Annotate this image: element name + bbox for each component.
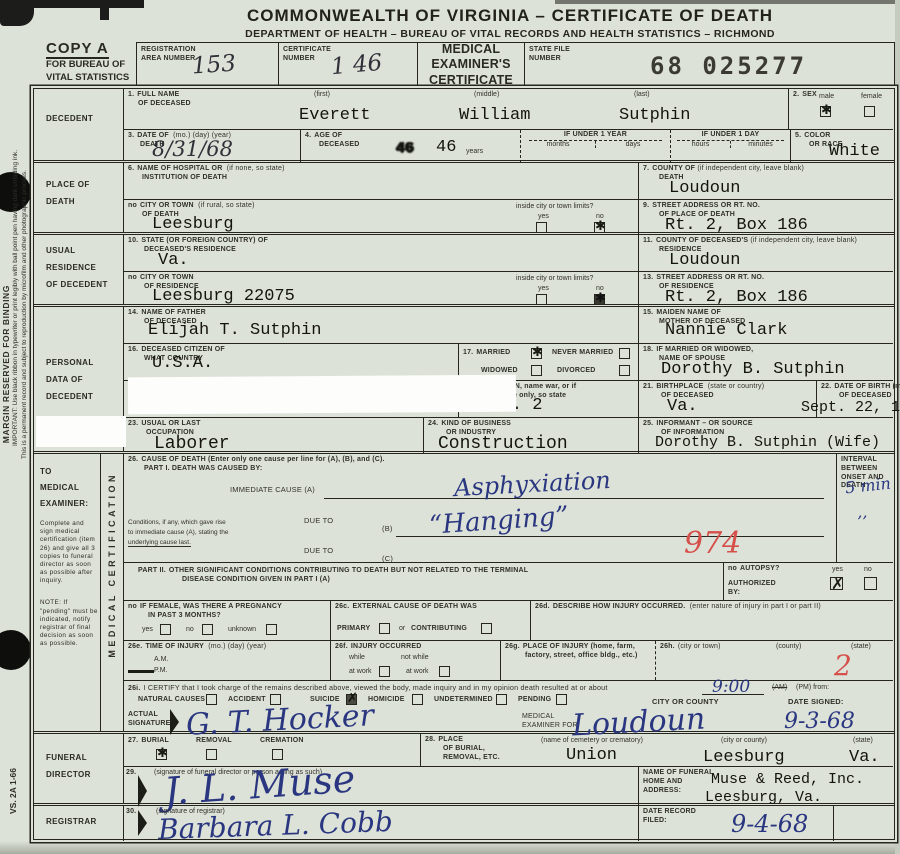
field26-number: 26. (128, 456, 138, 463)
sidebar-medical-certification-strip: MEDICAL CERTIFICATION (100, 454, 123, 731)
field16-label1: DECEASED CITIZEN OF (141, 346, 225, 353)
examiner-for-label: EXAMINER FOR (522, 722, 578, 729)
date-filed-label2: FILED: (643, 817, 667, 824)
sidebar-pers-line2: DATA OF (46, 375, 83, 384)
burial-city-value: Leesburg (703, 748, 785, 767)
divorced-checkbox (619, 365, 630, 376)
field-how-injury-occurred: 26d.DESCRIBE HOW INJURY OCCURRED. (enter… (530, 601, 893, 640)
sidebar-residence: USUAL RESIDENCE OF DECEDENT (34, 235, 124, 304)
field2-label: SEX (802, 91, 817, 98)
natural-causes-label: NATURAL CAUSES (138, 696, 205, 705)
divorced-label: DIVORCED (557, 367, 596, 376)
field23-number: 23. (128, 420, 138, 427)
married-checkbox: ✱ (531, 348, 542, 359)
funeral-home-label3: ADDRESS: (643, 787, 681, 794)
part2-text1: OTHER SIGNIFICANT CONDITIONS CONTRIBUTIN… (169, 567, 528, 574)
field-external-cause: 26c.EXTERNAL CAUSE OF DEATH WAS PRIMARY … (330, 601, 530, 640)
immediate-cause-label: IMMEDIATE CAUSE (A) (230, 485, 315, 494)
place-injury-label2: factory, street, office bldg., etc.) (525, 652, 637, 659)
date-filed-label1: DATE RECORD (643, 808, 696, 815)
by-label: BY: (728, 589, 740, 596)
field26e-number: 26e. (128, 643, 142, 650)
limits8-no-checkbox: ✱ (594, 222, 605, 233)
limits12-yes-checkbox (536, 294, 547, 305)
field21-label1: BIRTHPLACE (656, 383, 703, 390)
field11-number: 11. (643, 237, 653, 244)
injury-state-hint: (state) (851, 643, 871, 650)
last-name-value: Sutphin (619, 106, 690, 125)
limits8-yes-checkbox (536, 222, 547, 233)
scan-smudge (100, 0, 109, 20)
redaction-box (36, 416, 126, 447)
place-burial-label2: OF BURIAL, (443, 745, 485, 752)
signature-label: SIGNATURE (128, 720, 171, 727)
burial-checkbox: ✱ (156, 749, 167, 760)
field-part2: PART II.OTHER SIGNIFICANT CONDITIONS CON… (124, 563, 723, 600)
certificate-title: COMMONWEALTH OF VIRGINIA – CERTIFICATE O… (130, 6, 890, 26)
external-cause-label: EXTERNAL CAUSE OF DEATH WAS (352, 603, 477, 610)
minutes-hint: minutes (731, 141, 790, 148)
field25-number: 25. (643, 420, 653, 427)
how-injury-hint: (enter nature of injury in part I or par… (690, 603, 821, 610)
field-sex: 2.SEX male female ✱ (788, 89, 893, 129)
field14-number: 14. (128, 309, 138, 316)
injury-occurred-label: INJURY OCCURRED (351, 643, 422, 650)
middle-hint: (middle) (474, 91, 499, 98)
interval-label1: INTERVAL BETWEEN (841, 456, 877, 472)
pm-hint: P.M. (154, 667, 168, 674)
due-to-b-label: DUE TO (304, 516, 333, 525)
field-place-of-injury: 26g.PLACE OF INJURY (home, farm,factory,… (500, 641, 655, 680)
tome-line3: EXAMINER: (40, 499, 89, 508)
death-certificate-scan: MARGIN RESERVED FOR BINDING IMPORTANT: U… (0, 0, 900, 854)
registration-label1: REGISTRATION (141, 46, 196, 53)
state-file-number-box: STATE FILENUMBER 68 025277 (524, 43, 894, 87)
field26a-number: no (728, 565, 737, 572)
primary-checkbox (379, 623, 390, 634)
or-label: or (399, 625, 405, 632)
cause-head: CAUSE OF DEATH (Enter only one cause per… (141, 456, 384, 463)
while-hint: while (349, 654, 365, 661)
undetermined-checkbox (496, 694, 507, 705)
sidebar-place-of-death: PLACE OF DEATH (34, 163, 124, 232)
section-residence: USUAL RESIDENCE OF DECEDENT 10.STATE (OR… (34, 235, 894, 307)
city-of-death-value: Leesburg (152, 215, 234, 234)
state-file-number-value: 68 025277 (650, 52, 807, 80)
field4-label1: AGE OF (314, 132, 342, 139)
field6-label2: INSTITUTION OF DEATH (142, 174, 227, 181)
form-number: VS. 2A 1-66 (8, 768, 18, 814)
limits8-hint: inside city or town limits? (516, 203, 593, 210)
field26h-number: 26h. (660, 643, 675, 650)
am-strike-line (128, 670, 154, 673)
field-color-or-race: 5.COLOROR RACE White (790, 130, 893, 163)
field8-number: no (128, 202, 137, 209)
birthplace-value: Va. (667, 397, 698, 416)
due-to-c-label: DUE TO (304, 546, 333, 555)
preg-unknown-checkbox (266, 624, 277, 635)
field-spouse: 18.IF MARRIED OR WIDOWED,NAME OF SPOUSE … (638, 344, 893, 380)
pregnancy-label1: IF FEMALE, WAS THERE A PREGNANCY (140, 603, 282, 610)
am-hint: A.M. (154, 656, 168, 663)
field7-label1: COUNTY OF (652, 165, 695, 172)
age-value: 46 (436, 138, 456, 157)
cremation-label: CREMATION (260, 737, 304, 746)
undetermined-label: UNDETERMINED (434, 696, 493, 705)
cremation-checkbox (272, 749, 283, 760)
field-certification: 26i.I CERTIFY that I took charge of the … (124, 681, 893, 734)
how-injury-label: DESCRIBE HOW INJURY OCCURRED. (553, 603, 686, 610)
field9-label1: STREET ADDRESS OR RT. NO. (652, 202, 760, 209)
header-number-boxes: REGISTRATIONAREA NUMBER 153 CERTIFICATEN… (136, 42, 895, 88)
age-unit: years (466, 148, 483, 155)
field-street-of-death: 9.STREET ADDRESS OR RT. NO.OF PLACE OF D… (638, 200, 893, 235)
field13-number: 13. (643, 274, 653, 281)
sidebar-decedent-label: DECEDENT (46, 114, 93, 123)
natural-causes-checkbox (206, 694, 217, 705)
funeral-home-label1: NAME OF FUNERAL (643, 769, 714, 776)
field-place-of-burial: 28.PLACEOF BURIAL,REMOVAL, ETC. (name of… (420, 734, 893, 766)
field22-label1: DATE OF BIRTH (mo.) (day) (year) (834, 383, 900, 390)
field4-label2: DECEASED (319, 141, 360, 148)
preg-no-hint: no (186, 626, 194, 633)
days-hint: days (596, 141, 670, 148)
spouse-value: Dorothy B. Sutphin (661, 360, 845, 379)
certificate-subtitle: DEPARTMENT OF HEALTH – BUREAU OF VITAL R… (130, 28, 890, 40)
field-full-name: 1.FULL NAMEOF DECEASED (first) (middle) … (124, 89, 788, 129)
registrar-signature-arrow (138, 810, 147, 836)
tome-line1: TO (40, 467, 52, 476)
field5-number: 5. (795, 132, 801, 139)
field18-number: 18. (643, 346, 653, 353)
autopsy-yes-checkbox: ✗ (830, 577, 843, 590)
section-decedent: DECEDENT 1.FULL NAMEOF DECEASED (first) … (34, 89, 894, 163)
first-hint: (first) (314, 91, 330, 98)
sidebar-place-line2: DEATH (46, 197, 75, 206)
field18-label1: IF MARRIED OR WIDOWED, (656, 346, 753, 353)
street-residence-value: Rt. 2, Box 186 (665, 288, 808, 307)
sidebar-pers-line1: PERSONAL (46, 358, 94, 367)
married-mark: ✱ (532, 345, 543, 360)
certificate-number-box: CERTIFICATENUMBER 1 46 (278, 43, 417, 87)
am-struck-label: (AM) (772, 684, 787, 691)
field-city-of-death: noCITY OR TOWN (if rural, so state)OF DE… (124, 200, 638, 235)
autopsy-yes-hint: yes (832, 566, 843, 573)
field1-label1: FULL NAME (137, 91, 179, 98)
father-name-value: Elijah T. Sutphin (148, 321, 321, 340)
primary-label: PRIMARY (337, 625, 370, 634)
date-signed-value: 9-3-68 (784, 709, 855, 734)
scan-shadow (0, 841, 900, 854)
cond-line1: Conditions, if any, which gave rise (128, 519, 226, 526)
signature-arrow (170, 709, 179, 735)
removal-label: REMOVAL (196, 737, 232, 746)
cemetery-hint: (name of cemetery or crematory) (541, 737, 643, 744)
state-residence-value: Va. (158, 251, 189, 270)
last-hint: (last) (634, 91, 650, 98)
field8-label1: CITY OR TOWN (140, 202, 194, 209)
citizen-value: U.S.A. (152, 354, 213, 373)
interval-a-value: 5 min (844, 474, 892, 498)
field-city-residence: noCITY OR TOWNOF RESIDENCE Leesburg 2207… (124, 272, 638, 307)
part1-label: PART I. DEATH WAS CAUSED BY: (144, 465, 262, 472)
cond-line2: to immediate cause (A), stating the (128, 529, 228, 536)
while-at-work-checkbox (379, 666, 390, 677)
field26f-number: 26f. (335, 643, 348, 650)
field-injury-at-work: 26f.INJURY OCCURRED while not while at w… (330, 641, 500, 680)
certificate-number-label2: NUMBER (283, 55, 315, 62)
pregnancy-label2: IN PAST 3 MONTHS? (148, 612, 221, 619)
sidebar-res-line2: RESIDENCE (46, 263, 96, 272)
field2-number: 2. (793, 91, 799, 98)
field-mother: 15.MAIDEN NAME OFMOTHER OF DECEASED Nann… (638, 307, 893, 343)
sidebar-registrar-label: REGISTRAR (46, 817, 97, 826)
field-time-of-injury: 26e.TIME OF INJURY (mo.) (day) (year) A.… (124, 641, 330, 680)
field6-number: 6. (128, 165, 134, 172)
mother-name-value: Nannie Clark (665, 321, 787, 340)
certificate-number-label1: CERTIFICATE (283, 46, 331, 53)
months-hint: months (521, 141, 596, 148)
field24-number: 24. (428, 420, 438, 427)
state-file-label2: NUMBER (529, 55, 561, 62)
registration-area-number-box: REGISTRATIONAREA NUMBER 153 (137, 43, 278, 87)
middle-name-value: William (459, 106, 530, 125)
part2-label: PART II. (138, 567, 166, 574)
limits12-no-checkbox: ✱ (594, 294, 605, 305)
county-of-death-value: Loudoun (669, 179, 740, 198)
male-check-mark: ✱ (821, 103, 832, 118)
field22-number: 22. (821, 383, 831, 390)
field10-label1: STATE (OR FOREIGN COUNTRY) OF (141, 237, 268, 244)
field17-number: 17. (463, 349, 473, 356)
first-name-value: Everett (299, 106, 370, 125)
time-injury-units: (mo.) (day) (year) (208, 643, 266, 650)
autopsy-no-hint: no (864, 566, 872, 573)
field24-label1: KIND OF BUSINESS (441, 420, 511, 427)
sidebar-decedent: DECEDENT (34, 89, 124, 160)
autopsy-label: AUTOPSY? (740, 565, 780, 572)
field4-number: 4. (305, 132, 311, 139)
margin-binding-text: MARGIN RESERVED FOR BINDING (1, 285, 11, 443)
pm-from-label: (PM) from: (796, 684, 829, 691)
place-burial-label1: PLACE (438, 736, 463, 743)
not-while-at-work-checkbox (439, 666, 450, 677)
preg-yes-hint: yes (142, 626, 153, 633)
certificate-form: DECEDENT 1.FULL NAMEOF DECEASED (first) … (33, 88, 895, 840)
autopsy-yes-mark: ✗ (831, 574, 844, 593)
red-code-2: 2 (834, 649, 852, 682)
me-note2: NOTE: If "pending" must be indicated, no… (40, 599, 98, 648)
field26d-number: 26d. (535, 603, 550, 610)
c-label: (C) (382, 554, 393, 563)
limits12-no-mark: ✱ (595, 291, 606, 306)
cause-b-value: “Hanging” (428, 501, 570, 541)
copy-a-line3: VITAL STATISTICS (46, 72, 138, 85)
field-street-residence: 13.STREET ADDRESS OR RT. NO.OF RESIDENCE… (638, 272, 893, 307)
race-value: White (829, 142, 880, 161)
sidebar-res-line3: OF DECEDENT (46, 280, 108, 289)
field23-label1: USUAL OR LAST (141, 420, 200, 427)
certify-text: I CERTIFY that I took charge of the rema… (143, 683, 607, 692)
registrar-signature: Barbara L. Cobb (157, 805, 393, 846)
medical-certification-vertical-label: MEDICAL CERTIFICATION (107, 472, 119, 658)
date-of-birth-value: Sept. 22, 1921 (801, 399, 900, 416)
sidebar-funeral-line1: FUNERAL (46, 753, 87, 762)
sidebar-to-medical-examiner: TO MEDICAL EXAMINER: Complete and sign m… (34, 454, 100, 731)
margin-permanent-text: This is a permanent record and subject t… (21, 170, 28, 459)
field-informant: 25.INFORMANT – OR SOURCEOF INFORMATION D… (638, 418, 893, 454)
injury-city-hint: (city or town) (678, 643, 721, 650)
field-industry: 24.KIND OF BUSINESSOR INDUSTRY Construct… (423, 418, 638, 454)
section-registrar: REGISTRAR 30. (signature of registrar) B… (34, 806, 894, 841)
field-cause-of-death: 26.CAUSE OF DEATH (Enter only one cause … (124, 454, 836, 562)
sidebar-res-line1: USUAL (46, 246, 76, 255)
field9-number: 9. (643, 202, 649, 209)
scan-shadow (895, 0, 900, 854)
field11-label1: COUNTY OF DECEASED'S (656, 237, 748, 244)
funeral-home-city: Leesburg, Va. (705, 789, 822, 806)
authorized-label: AUTHORIZED (728, 580, 776, 587)
section-place-of-death: PLACE OF DEATH 6.NAME OF HOSPITAL OR (if… (34, 163, 894, 235)
field-registrar-blank (833, 806, 893, 841)
married-label: MARRIED (476, 349, 510, 356)
burial-label: BURIAL (141, 737, 169, 744)
county-residence-value: Loudoun (669, 251, 740, 270)
female-checkbox (864, 106, 875, 117)
preg-yes-checkbox (160, 624, 171, 635)
field22-label2: OF DECEASED (839, 392, 892, 399)
field-age: 4.AGE OFDECEASED 46 46 years (300, 130, 520, 163)
preg-unknown-hint: unknown (228, 626, 256, 633)
tome-line2: MEDICAL (40, 483, 79, 492)
certificate-number-value: 1 46 (330, 50, 383, 80)
field1-number: 1. (128, 91, 134, 98)
field-registrar-signature: 30. (signature of registrar) Barbara L. … (124, 806, 638, 841)
male-checkbox: ✱ (820, 106, 831, 117)
limits8-no-mark: ✱ (595, 219, 606, 234)
field21-number: 21. (643, 383, 653, 390)
field15-label1: MAIDEN NAME OF (656, 309, 721, 316)
field3-number: 3. (128, 132, 134, 139)
field1-label2: OF DECEASED (138, 100, 191, 107)
informant-value: Dorothy B. Sutphin (Wife) (655, 434, 880, 451)
burial-mark: ✱ (157, 746, 168, 761)
removal-checkbox (206, 749, 217, 760)
burial-state-hint: (state) (853, 737, 873, 744)
never-married-checkbox (619, 348, 630, 359)
field-date-of-birth: 22.DATE OF BIRTH (mo.) (day) (year)OF DE… (816, 381, 893, 417)
date-of-death-value: 8/31/68 (152, 137, 233, 161)
field25-label1: INFORMANT – OR SOURCE (656, 420, 752, 427)
field21-hint: (state or country) (708, 383, 765, 390)
never-married-label: NEVER MARRIED (552, 349, 613, 358)
scan-smudge (26, 0, 144, 8)
field6-label1: NAME OF HOSPITAL OR (137, 165, 222, 172)
field26b-number: no (128, 603, 137, 610)
funeral-signature-arrow (138, 775, 147, 807)
limits8-yes-hint: yes (538, 213, 549, 220)
cemetery-value: Union (566, 746, 617, 765)
field-father: 14.NAME OF FATHEROF DECEASED Elijah T. S… (124, 307, 638, 343)
field12-label1: CITY OR TOWN (140, 274, 194, 281)
not-while-hint: not while (401, 654, 429, 661)
sidebar-funeral-line2: DIRECTOR (46, 770, 91, 779)
field-funeral-director-signature: 29. (signature of funeral director or pe… (124, 767, 638, 806)
sidebar-funeral-director: FUNERAL DIRECTOR (34, 734, 124, 803)
margin-important-text: IMPORTANT: Use black ribbon in typewrite… (12, 150, 19, 446)
field-autopsy: noAUTOPSY? yes no ✗ AUTHORIZEDBY: (723, 563, 893, 600)
field-injury-location: 26h.(city or town) (county) (state) 2 (655, 641, 893, 680)
interval-b-ditto: ’’ (857, 512, 867, 531)
limits12-yes-hint: yes (538, 285, 549, 292)
actual-label: ACTUAL (128, 711, 158, 718)
field-pregnancy: noIF FEMALE, WAS THERE A PREGNANCYIN PAS… (124, 601, 330, 640)
street-of-death-value: Rt. 2, Box 186 (665, 216, 808, 235)
field11-hint: (if independent city, leave blank) (750, 237, 857, 244)
field-date-record-filed: DATE RECORDFILED: 9-4-68 (638, 806, 833, 841)
under-year-label: IF UNDER 1 YEAR (529, 131, 662, 141)
field-birthplace: 21.BIRTHPLACE (state or country)OF DECEA… (638, 381, 816, 417)
redaction-box (128, 375, 516, 415)
field5-label1: COLOR (804, 132, 830, 139)
field-hospital: 6.NAME OF HOSPITAL OR (if none, so state… (124, 163, 638, 199)
widowed-checkbox (531, 365, 542, 376)
field28-number: 28. (425, 736, 435, 743)
sidebar-registrar: REGISTRAR (34, 806, 124, 841)
medical-label: MEDICAL (522, 713, 555, 720)
female-hint: female (861, 93, 882, 100)
preg-no-checkbox (202, 624, 213, 635)
field14-label1: NAME OF FATHER (141, 309, 206, 316)
copy-a-line2: FOR BUREAU OF (46, 59, 138, 72)
field26c-number: 26c. (335, 603, 349, 610)
burial-state-value: Va. (849, 748, 880, 767)
field7-hint: (if independent city, leave blank) (697, 165, 804, 172)
field26g-number: 26g. (505, 643, 520, 650)
autopsy-no-checkbox (864, 577, 877, 590)
field6-hint: (if none, so state) (227, 165, 285, 172)
registration-label2: AREA NUMBER (141, 55, 195, 62)
city-residence-value: Leesburg 22075 (152, 287, 295, 306)
date-filed-value: 9-4-68 (731, 810, 808, 838)
industry-value: Construction (438, 434, 568, 454)
line-a (324, 498, 824, 499)
med-title-line1: MEDICAL EXAMINER'S (418, 42, 524, 73)
field15-number: 15. (643, 309, 653, 316)
field-occupation: 23.USUAL OR LASTOCCUPATION Laborer (124, 418, 423, 454)
red-code-974: 974 (684, 526, 741, 561)
homicide-label: HOMICIDE (368, 696, 405, 705)
limits12-hint: inside city or town limits? (516, 275, 593, 282)
part2-text2: DISEASE CONDITION GIVEN IN PART I (A) (182, 576, 330, 583)
field13-label1: STREET ADDRESS OR RT. NO. (656, 274, 764, 281)
section-funeral-director: FUNERAL DIRECTOR 27.BURIAL REMOVAL CREMA… (34, 734, 894, 806)
state-file-label1: STATE FILE (529, 46, 570, 53)
med-title-line2: CERTIFICATE (429, 73, 513, 89)
copy-a-block: COPY A FOR BUREAU OF VITAL STATISTICS (46, 40, 138, 85)
field27-number: 27. (128, 737, 138, 744)
field-county-residence: 11.COUNTY OF DECEASED'S (if independent … (638, 235, 893, 271)
field-if-under-1-year: IF UNDER 1 YEAR months days (520, 130, 670, 163)
date-signed-label: DATE SIGNED: (788, 697, 844, 706)
copy-a-label: COPY A (46, 40, 109, 59)
contributing-label: CONTRIBUTING (411, 625, 467, 634)
field29-number: 29. (126, 769, 136, 778)
scan-smudge (555, 0, 900, 4)
field-funeral-home: NAME OF FUNERALHOME ANDADDRESS: Muse & R… (638, 767, 893, 806)
field-if-under-1-day: IF UNDER 1 DAY hours minutes (670, 130, 790, 163)
occupation-value: Laborer (154, 434, 230, 454)
